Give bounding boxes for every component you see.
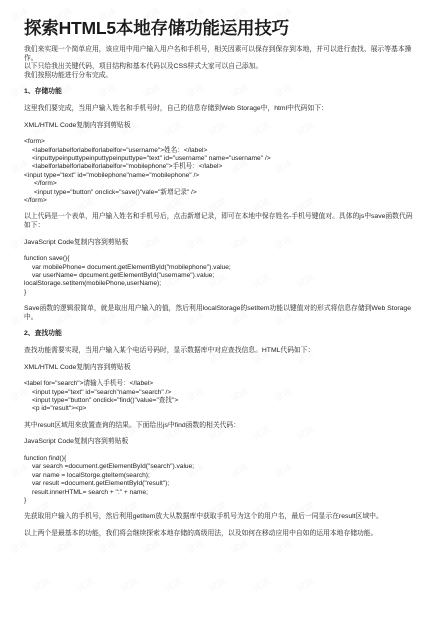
watermark-text: 试读 <box>52 536 74 556</box>
code-line: var result =document.getElementById("res… <box>24 480 416 488</box>
conclusion-paragraph: 以上两个是最基本的功能，我们将会继续探索本地存储的高级用法，以及如何在移动应用中… <box>24 530 416 539</box>
watermark-text: 试读 <box>206 574 228 594</box>
code-line: <input type="text" id="search"name="sear… <box>24 389 416 397</box>
watermark-text: 试读 <box>272 536 294 556</box>
watermark-text: 试读 <box>30 574 52 594</box>
code-line: } <box>24 289 416 297</box>
code-line: var mobilePhone= document.getElementById… <box>24 264 416 272</box>
code-header-html-1[interactable]: XML/HTML Code复制内容到剪贴板 <box>24 122 416 131</box>
watermark-text: 试读 <box>8 536 30 556</box>
code-line: function find(){ <box>24 455 416 463</box>
code-line: <label for="search">请输入手机号：</label> <box>24 380 416 388</box>
intro-paragraph-1: 我们来实现一个简单应用，该应用中用户输入用户名和手机号，相关因素可以保存到保存到… <box>24 46 416 63</box>
code-line: </form> <box>24 197 416 205</box>
section1-after-js: Save函数的逻辑很简单，就是取出用户输入的值，然后利用localStorage… <box>24 305 416 322</box>
code-line: localStorage.setItem(mobilePhone,userNam… <box>24 280 416 288</box>
watermark-text: 试读 <box>140 536 162 556</box>
code-block-js-1: function save(){var mobilePhone= documen… <box>24 255 416 297</box>
code-block-js-2: function find(){var search =document.get… <box>24 455 416 505</box>
watermark-text: 试读 <box>250 574 272 594</box>
code-line: <input type="text" id="mobilephone"name=… <box>24 172 416 180</box>
code-line: function save(){ <box>24 255 416 263</box>
watermark-text: 试读 <box>184 536 206 556</box>
section2-after-html: 其中result区域用来放置查询的结果。下面给出js中find函数的相关代码： <box>24 422 416 431</box>
code-line: } <box>24 497 416 505</box>
code-line: var search =document.getElementById("sea… <box>24 463 416 471</box>
code-line: result.innerHTML= search + ":" + name; <box>24 489 416 497</box>
article-title: 探索HTML5本地存储功能运用技巧 <box>24 17 416 39</box>
code-line: <p id="result"><p> <box>24 405 416 413</box>
watermark-text: 试读 <box>96 536 118 556</box>
code-line: <labelforlabelforlabelforlabelfor="usern… <box>24 147 416 155</box>
code-line: var name = localStorge.gteItem(search); <box>24 472 416 480</box>
code-line: <input type="button" onclick="find()"val… <box>24 397 416 405</box>
section2-description: 查找功能需要实现，当用户输入某个电话号码时，显示数据库中对应查找信息。HTML代… <box>24 347 416 356</box>
code-header-html-2[interactable]: XML/HTML Code复制内容到剪贴板 <box>24 364 416 373</box>
code-block-html-2: <label for="search">请输入手机号：</label><inpu… <box>24 380 416 414</box>
intro-paragraph-3: 我们按照功能进行分布完成。 <box>24 72 416 81</box>
section1-description: 这里我们要完成，当用户输入姓名和手机号时，自己的信息存储到Web Storage… <box>24 105 416 114</box>
watermark-text: 试读 <box>228 536 250 556</box>
code-line: <form> <box>24 138 416 146</box>
code-block-html-1: <form><labelforlabelforlabelforlabelfor=… <box>24 138 416 205</box>
code-line: <input type="button" onclick="save()"val… <box>24 189 416 197</box>
watermark-text: 试读 <box>162 574 184 594</box>
section2-after-js: 先获取用户输入的手机号，然后利用getItem放大从数据库中获取手机号为这个的用… <box>24 513 416 522</box>
code-line: </form> <box>24 180 416 188</box>
code-line: var userName= dpcument.getElementById("u… <box>24 272 416 280</box>
watermark-text: 试读 <box>74 574 96 594</box>
code-header-js-2[interactable]: JavaScript Code复制内容到剪贴板 <box>24 438 416 447</box>
article: 探索HTML5本地存储功能运用技巧 我们来实现一个简单应用，该应用中用户输入用户… <box>0 0 440 539</box>
code-line: <labelforlabelforlabelforlabelfor="mobil… <box>24 163 416 171</box>
code-header-js-1[interactable]: JavaScript Code复制内容到剪贴板 <box>24 239 416 248</box>
watermark-text: 试读 <box>294 574 316 594</box>
section-heading-search: 2、查找功能 <box>24 330 416 339</box>
section-heading-storage: 1、存储功能 <box>24 88 416 97</box>
section1-after-html: 以上代码是一个表单，用户输入姓名和手机号后，点击新增记录，即可在本地中保存姓名-… <box>24 213 416 230</box>
watermark-text: 试读 <box>118 574 140 594</box>
intro-paragraph-2: 以下只给我出关键代码，项目结构和基本代码以及CSS样式大家可以自己添加。 <box>24 63 416 72</box>
